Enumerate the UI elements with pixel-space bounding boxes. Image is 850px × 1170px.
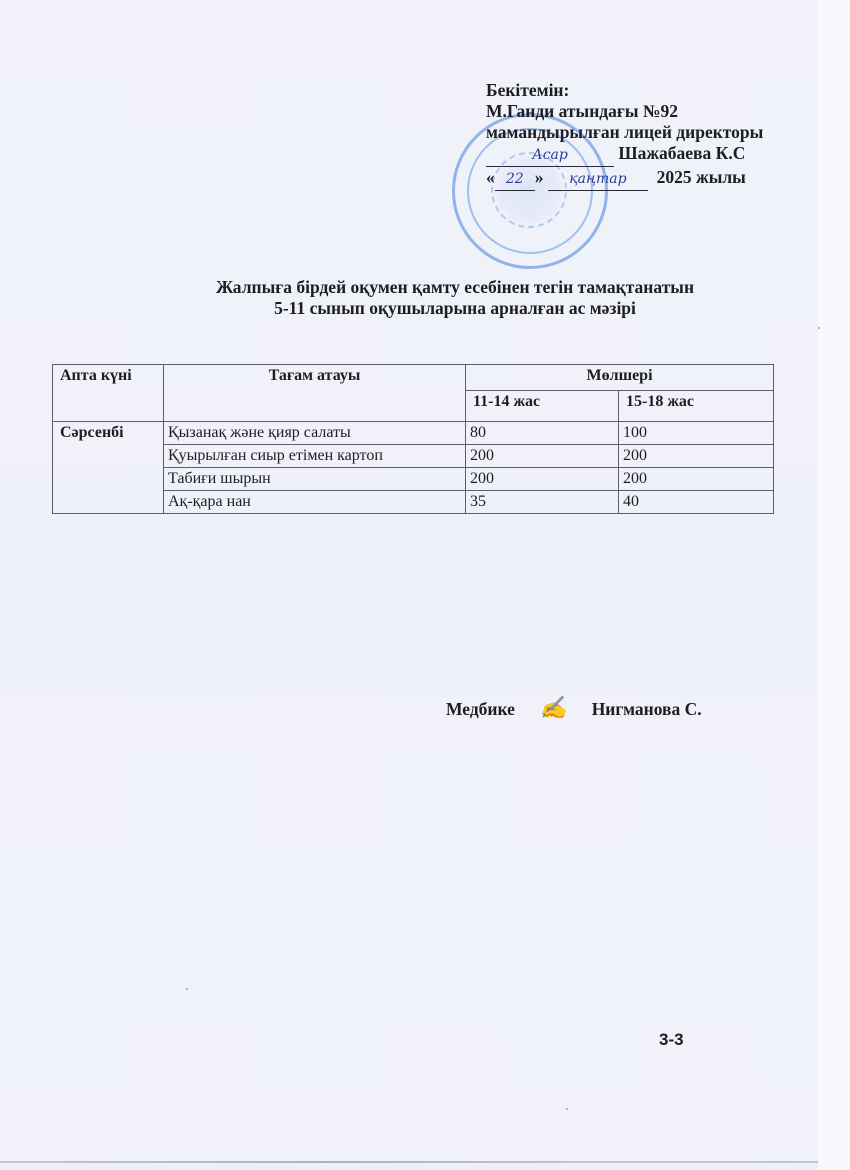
nurse-signature-block: Медбике ✍ Нигманова С.: [446, 695, 702, 721]
signature-field: Асар: [486, 143, 614, 167]
amount-11-14-cell: 80: [466, 422, 619, 445]
dish-cell: Қызанақ және қияр салаты: [164, 422, 466, 445]
director-signature: Асар: [532, 147, 568, 163]
quote-close: »: [535, 167, 544, 187]
nurse-signature: ✍: [523, 695, 583, 721]
dish-cell: Ақ-қара нан: [164, 491, 466, 514]
page-bottom-edge: [0, 1161, 818, 1163]
nurse-label: Медбике: [446, 699, 515, 719]
quote-open: «: [486, 167, 495, 187]
amount-15-18-cell: 40: [619, 491, 774, 514]
table-row: Сәрсенбі Қызанақ және қияр салаты 80 100: [53, 422, 774, 445]
approval-line-2: мамандырылған лицей директоры: [486, 122, 763, 143]
scan-speck: [818, 327, 820, 329]
header-dish: Тағам атауы: [164, 365, 466, 422]
header-day: Апта күні: [53, 365, 164, 422]
day-cell: Сәрсенбі: [53, 422, 164, 514]
header-age-11-14: 11-14 жас: [466, 391, 619, 422]
approval-heading: Бекітемін:: [486, 80, 763, 101]
date-day-field: 22: [495, 167, 535, 191]
amount-15-18-cell: 200: [619, 468, 774, 491]
date-month-field: қаңтар: [548, 167, 648, 191]
page-number: 3-3: [659, 1030, 684, 1050]
scan-speck: [566, 1108, 568, 1110]
menu-table: Апта күні Тағам атауы Мөлшері 11-14 жас …: [52, 364, 774, 514]
approval-block: Бекітемін: М.Ганди атындағы №92 мамандыр…: [486, 80, 763, 191]
approval-date: «22» қаңтар 2025 жылы: [486, 167, 763, 191]
scan-speck: [186, 988, 188, 990]
header-row-1: Апта күні Тағам атауы Мөлшері: [53, 365, 774, 391]
header-amount: Мөлшері: [466, 365, 774, 391]
amount-15-18-cell: 100: [619, 422, 774, 445]
dish-cell: Табиғи шырын: [164, 468, 466, 491]
date-year: 2025 жылы: [657, 167, 746, 187]
date-day: 22: [506, 171, 524, 187]
amount-15-18-cell: 200: [619, 445, 774, 468]
amount-11-14-cell: 35: [466, 491, 619, 514]
date-month: қаңтар: [569, 171, 626, 187]
dish-cell: Қуырылған сиыр етімен картоп: [164, 445, 466, 468]
scan-margin: [818, 0, 850, 1170]
director-name: Шажабаева К.С: [618, 143, 745, 163]
director-signature-line: Асар Шажабаева К.С: [486, 143, 763, 167]
document-title: Жалпыға бірдей оқумен қамту есебінен тег…: [0, 277, 850, 319]
title-line-1: Жалпыға бірдей оқумен қамту есебінен тег…: [0, 277, 850, 298]
title-line-2: 5-11 сынып оқушыларына арналған ас мәзір…: [0, 298, 850, 319]
amount-11-14-cell: 200: [466, 445, 619, 468]
amount-11-14-cell: 200: [466, 468, 619, 491]
header-age-15-18: 15-18 жас: [619, 391, 774, 422]
nurse-name: Нигманова С.: [592, 699, 702, 719]
approval-line-1: М.Ганди атындағы №92: [486, 101, 763, 122]
